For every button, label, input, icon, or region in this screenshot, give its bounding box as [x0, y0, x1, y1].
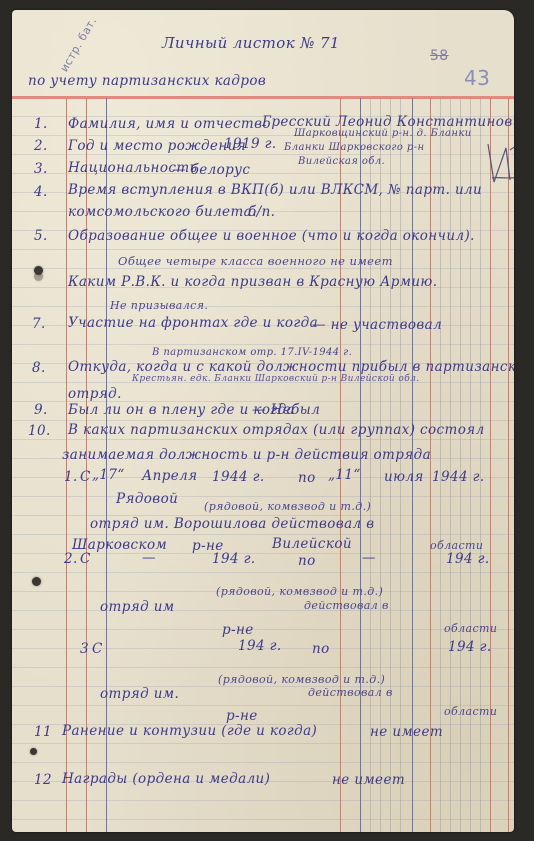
signature-mark [484, 138, 514, 188]
margin-rule-red-1 [66, 98, 67, 832]
period-1-num: 1. [64, 469, 78, 485]
field-value-birth-place-1: Шарковщинский р-н. д. Бланки [294, 128, 472, 139]
field-value-party: б/п. [248, 204, 275, 220]
field-value-birth-year: 1919 г. [224, 136, 277, 152]
period-1-to-year: 1944 г. [432, 469, 485, 485]
field-note-joined: В партизанском отр. 17.IV-1944 г. [152, 347, 352, 358]
column-rule-red-3 [490, 98, 491, 832]
document-page: истр. бат. Личный листок № 71 по учету п… [12, 10, 514, 832]
period-1-to-month: июля [384, 469, 424, 485]
period-1-region: Вилейской [272, 536, 352, 552]
field-value-education: Общее четыре класса военного не имеет [118, 254, 393, 268]
field-label-full-name: Фамилия, имя и отчество [68, 116, 271, 132]
field-label-conscription: Каким Р.В.К. и когда призван в Красную А… [68, 274, 437, 290]
period-1-to-day: „11“ [328, 467, 361, 483]
period-1-from-month: Апреля [142, 468, 197, 484]
field-label-party-cont: комсомольского билета. [68, 204, 257, 220]
field-value-birth-place-3: Вилейская обл. [298, 156, 385, 167]
field-label-party: Время вступления в ВКП(б) или ВЛКСМ, № п… [68, 182, 482, 198]
period-2-to-year: 194 г. [446, 551, 490, 567]
punch-hole [32, 577, 41, 586]
field-value-awards: не имеет [332, 772, 405, 788]
period-3-to-year: 194 г. [448, 639, 492, 655]
field-label-units: В каких партизанских отрядах (или группа… [68, 422, 485, 438]
period-3-from-year: 194 г. [238, 638, 282, 654]
field-label-units-cont: занимаемая должность и р-н действия отря… [62, 447, 431, 463]
field-value-nationality: — белорус [172, 162, 250, 178]
page-number: 43 [464, 66, 490, 90]
period-1-unit: отряд им. Ворошилова действовал в [90, 516, 375, 532]
period-2-unit: отряд им [100, 599, 174, 615]
field-value-captivity: — Небыл [252, 402, 320, 418]
period-2-num: 2. [64, 551, 78, 567]
period-1-from-day: „17“ [92, 467, 125, 483]
field-label-origin: Откуда, когда и с какой должности прибыл… [68, 359, 514, 375]
field-value-origin: Крестьян. едк. Бланки Шарковский р-н Вил… [132, 374, 419, 384]
period-2-from-year: 194 г. [212, 551, 256, 567]
field-label-awards: Награды (ордена и медали) [62, 771, 270, 787]
period-1-rank: Рядовой [116, 491, 178, 507]
field-label-origin-cont: отряд. [68, 386, 122, 402]
field-value-wounds: не имеет [370, 724, 443, 740]
column-rule-red-4 [508, 98, 509, 832]
corner-note: истр. бат. [58, 15, 100, 74]
field-value-birth-place-2: Бланки Шарковского р-н [284, 142, 424, 153]
field-label-wounds: Ранение и контузии (где и когда) [62, 723, 317, 739]
period-3-num: 3 [80, 641, 89, 657]
field-value-fronts: — не участвовал [312, 317, 442, 333]
page-number-struck: 58 [430, 48, 449, 64]
period-3-unit: отряд им. [100, 686, 179, 702]
column-rule-red-1 [340, 98, 341, 832]
column-rule-blue-2 [412, 98, 413, 832]
field-label-fronts: Участие на фронтах где и когда [68, 315, 318, 331]
punch-hole [30, 748, 37, 755]
header-rule [12, 96, 514, 99]
field-label-education: Образование общее и военное (что и когда… [68, 228, 475, 244]
document-title: Личный листок № 71 [162, 34, 340, 52]
document-subtitle: по учету партизанских кадров [28, 73, 266, 89]
field-value-conscription: Не призывался. [110, 299, 208, 312]
column-rule-blue-1 [360, 98, 361, 832]
column-rule-red-2 [430, 98, 431, 832]
field-label-birth: Год и место рождения [68, 138, 246, 154]
period-1-from-year: 1944 г. [212, 469, 265, 485]
